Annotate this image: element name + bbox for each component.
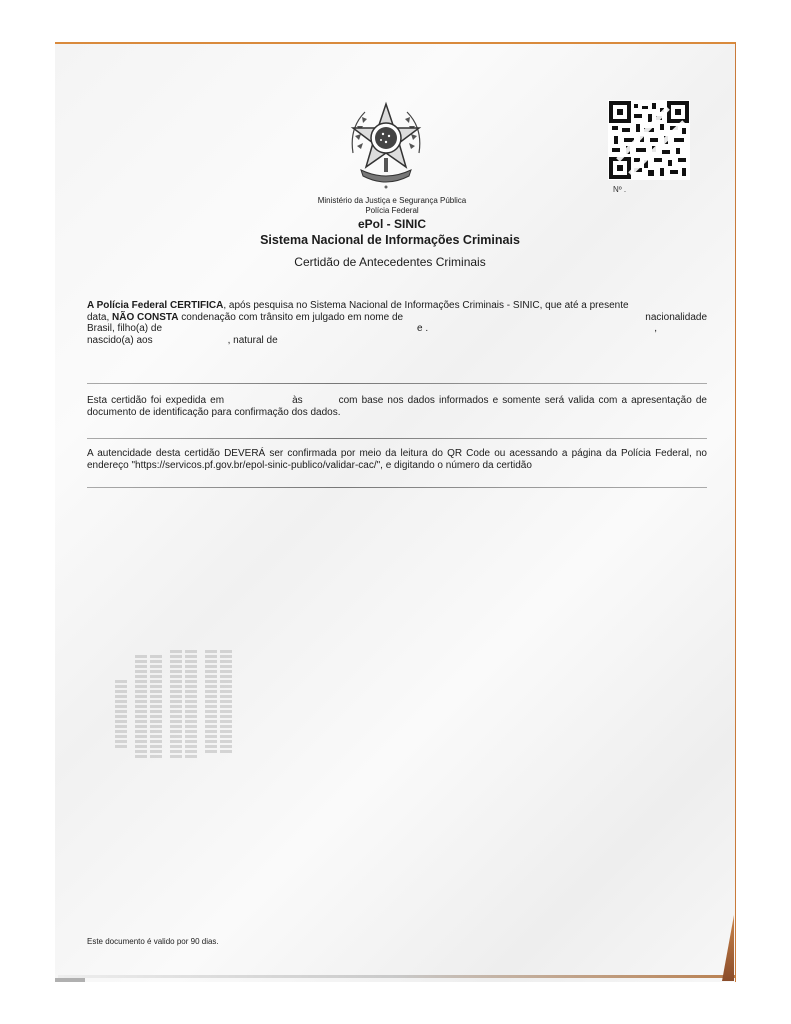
divider [87,438,707,439]
parents-connector: e . [417,323,428,335]
line-2-prefix: data, [87,312,112,323]
certification-paragraph: A Polícia Federal CERTIFICA, após pesqui… [87,300,707,346]
certification-line-3: Brasil, filho(a) dee ., [87,323,707,335]
authenticity-paragraph: A autencidade desta certidão DEVERÁ ser … [87,448,707,471]
parents-label: Brasil, filho(a) de [87,323,162,334]
system-full-name: Sistema Nacional de Informações Criminai… [220,233,560,247]
certification-line-2: data, NÃO CONSTA condenação com trânsito… [87,312,707,324]
divider [87,487,707,488]
certification-line-1: A Polícia Federal CERTIFICA, após pesqui… [87,300,707,312]
embossed-stamp-icon [110,640,260,780]
system-short-name: ePol - SINIC [262,217,522,231]
issuance-paragraph: Esta certidão foi expedida emàscom base … [87,395,707,418]
birth-label: nascido(a) aos [87,335,153,346]
certification-line-4: nascido(a) aos, natural de [87,335,707,347]
birthplace-label: , natural de [228,335,278,346]
certificate-title: Certidão de Antecedentes Criminais [220,255,560,269]
nationality-label: nacionalidade [645,312,707,324]
ministry-name: Ministério da Justiça e Segurança Públic… [262,196,522,205]
line-3-comma: , [654,323,657,335]
qr-code-icon [608,100,690,180]
line-2-text: condenação com trânsito em julgado em no… [179,312,404,323]
footer-mark [55,978,85,982]
validity-note: Este documento é valido por 90 dias. [87,937,219,946]
brazil-coat-of-arms-icon [343,98,429,192]
issuance-text-1: Esta certidão foi expedida em [87,395,224,406]
paper-bottom-edge [58,975,735,978]
certifica-bold: A Polícia Federal CERTIFICA [87,300,223,311]
issuance-text-2: às [292,395,303,406]
agency-name: Polícia Federal [262,206,522,215]
divider [87,383,707,384]
certificate-number-label: Nº . [613,185,626,194]
nao-consta-bold: NÃO CONSTA [112,312,178,323]
certification-line-1-text: , após pesquisa no Sistema Nacional de I… [223,300,628,311]
